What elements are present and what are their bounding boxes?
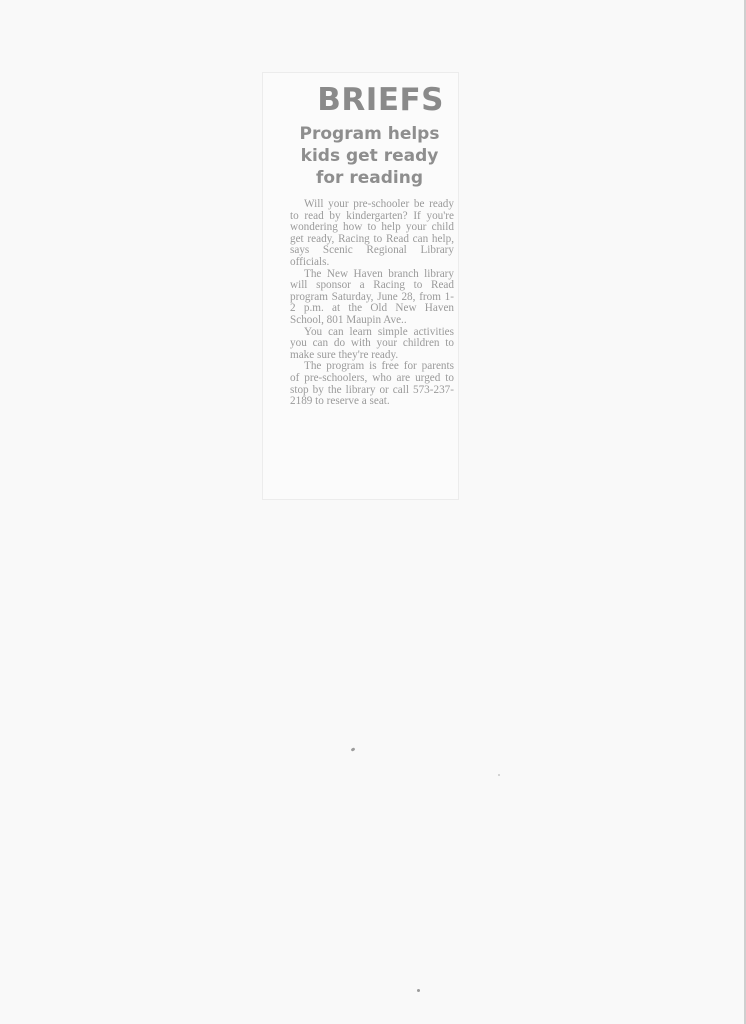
article-paragraph: The program is free for parents of pre-s… — [290, 361, 454, 407]
section-label: BRIEFS — [263, 81, 458, 119]
newspaper-clipping: BRIEFS Program helps kids get ready for … — [262, 72, 459, 500]
article-paragraph: Will your pre-schooler be ready to read … — [290, 199, 454, 269]
headline-line: kids get ready — [281, 145, 458, 167]
scan-speck — [417, 989, 420, 992]
scan-speck — [498, 774, 500, 776]
article-body: Will your pre-schooler be ready to read … — [290, 199, 454, 408]
scan-speck — [351, 747, 356, 752]
headline-line: for reading — [281, 167, 458, 189]
article-paragraph: You can learn simple activities you can … — [290, 327, 454, 362]
article-paragraph: The New Haven branch library will sponso… — [290, 269, 454, 327]
article-headline: Program helps kids get ready for reading — [263, 123, 458, 189]
headline-line: Program helps — [281, 123, 458, 145]
